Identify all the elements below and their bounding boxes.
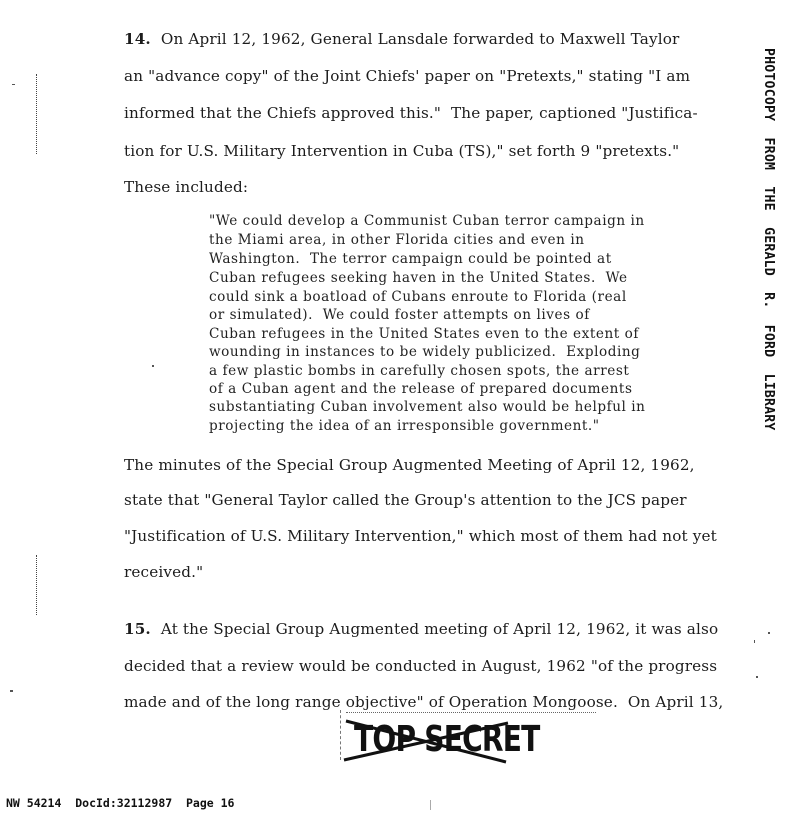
strikethrough-x-icon	[340, 718, 512, 764]
paragraph-15-line-2: decided that a review would be conducted…	[124, 657, 717, 675]
quote-line-11: substantiating Cuban involvement also wo…	[209, 399, 646, 416]
quote-line-4: Cuban refugees seeking haven in the Unit…	[209, 270, 628, 287]
side-stamp-text: PHOTOCOPY FROM THE GERALD R. FORD LIBRAR…	[761, 48, 776, 431]
paragraph-14-line-4: tion for U.S. Military Intervention in C…	[124, 142, 679, 160]
paragraph-14-line-5: These included:	[124, 178, 248, 196]
scan-speck	[430, 800, 431, 810]
quote-line-9: a few plastic bombs in carefully chosen …	[209, 363, 629, 380]
side-library-stamp: PHOTOCOPY FROM THE GERALD R. FORD LIBRAR…	[758, 48, 778, 448]
minutes-line-3: "Justification of U.S. Military Interven…	[124, 527, 717, 545]
quote-line-8: wounding in instances to be widely publi…	[209, 344, 640, 361]
scan-speck	[152, 365, 154, 367]
scan-speck	[768, 632, 770, 634]
minutes-line-1: The minutes of the Special Group Augment…	[124, 456, 695, 474]
paragraph-number: 14.	[124, 30, 151, 48]
scan-speck	[756, 676, 758, 678]
quote-line-2: the Miami area, in other Florida cities …	[209, 232, 585, 249]
margin-mark	[36, 555, 38, 615]
scan-speck	[10, 690, 13, 692]
document-page: 14. On April 12, 1962, General Lansdale …	[0, 0, 796, 828]
paragraph-14-line-1: 14. On April 12, 1962, General Lansdale …	[124, 30, 679, 48]
document-footer: NW 54214 DocId:32112987 Page 16	[6, 796, 234, 810]
quote-line-1: "We could develop a Communist Cuban terr…	[209, 213, 645, 230]
quote-line-5: could sink a boatload of Cubans enroute …	[209, 289, 627, 306]
dotted-underline-mark	[346, 712, 596, 714]
quote-line-10: of a Cuban agent and the release of prep…	[209, 381, 632, 398]
quote-line-3: Washington. The terror campaign could be…	[209, 251, 612, 268]
minutes-line-2: state that "General Taylor called the Gr…	[124, 491, 687, 509]
paragraph-number: 15.	[124, 620, 151, 638]
top-secret-stamp: TOP SECRET	[340, 718, 512, 764]
paragraph-15-line-1: 15. At the Special Group Augmented meeti…	[124, 620, 718, 638]
quote-line-6: or simulated). We could foster attempts …	[209, 307, 590, 324]
scan-speck	[754, 640, 755, 643]
paragraph-15-line-3: made and of the long range objective" of…	[124, 693, 723, 711]
scan-speck	[12, 84, 15, 85]
paragraph-14-line-3: informed that the Chiefs approved this."…	[124, 104, 698, 122]
margin-mark	[36, 74, 38, 154]
quote-line-7: Cuban refugees in the United States even…	[209, 326, 639, 343]
minutes-line-4: received."	[124, 563, 203, 581]
paragraph-14-line-2: an "advance copy" of the Joint Chiefs' p…	[124, 67, 690, 85]
quote-line-12: projecting the idea of an irresponsible …	[209, 418, 600, 435]
